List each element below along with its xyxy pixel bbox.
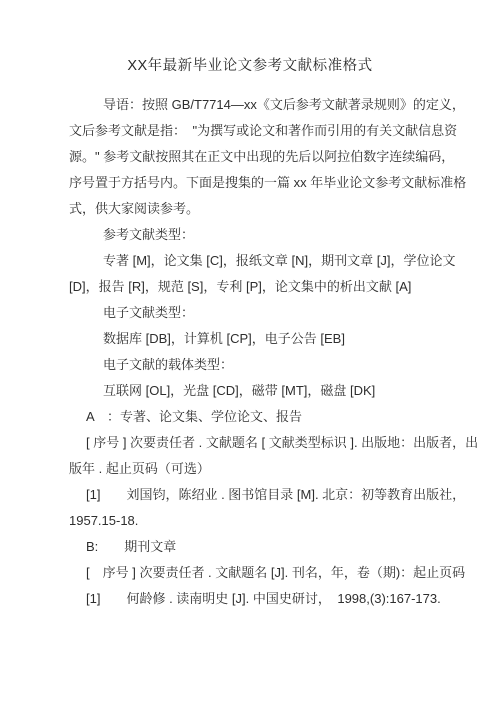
text-line-ref-types-head: 参考文献类型： xyxy=(0,222,500,248)
text-line-ref-types-1: 专著 [M]，论文集 [C]，报纸文章 [N]，期刊文章 [J]，学位论文 xyxy=(0,248,500,274)
text-line-etypes-list: 数据库 [DB]，计算机 [CP]，电子公告 [EB] xyxy=(0,326,500,352)
text-line-intro-3: 源。" 参考文献按照其在正文中出现的先后以阿拉伯数字连续编码， xyxy=(0,144,500,170)
text-line-section-a: A ：专著、论文集、学位论文、报告 xyxy=(0,404,500,430)
text-line-intro-5: 式，供大家阅读参考。 xyxy=(0,196,500,222)
document-body: 导语：按照 GB/T7714—xx《文后参考文献著录规则》的定义， 文后参考文献… xyxy=(0,92,500,612)
text-line-section-b: B: 期刊文章 xyxy=(0,534,500,560)
text-line-carrier-head: 电子文献的载体类型： xyxy=(0,352,500,378)
text-line-format-a-2: 版年 . 起止页码（可选） xyxy=(0,456,500,482)
text-line-format-a-1: [ 序号 ] 次要责任者 . 文献题名 [ 文献类型标识 ]. 出版地：出版者，… xyxy=(0,430,500,456)
text-line-intro-2: 文后参考文献是指： "为撰写或论文和著作而引用的有关文献信息资 xyxy=(0,118,500,144)
text-line-example-b: [1] 何龄修 . 读南明史 [J]. 中国史研讨， 1998,(3):167-… xyxy=(0,586,500,612)
text-line-carrier-list: 互联网 [OL]，光盘 [CD]，磁带 [MT]，磁盘 [DK] xyxy=(0,378,500,404)
document-title: XX年最新毕业论文参考文献标准格式 xyxy=(0,0,500,78)
text-line-intro-1: 导语：按照 GB/T7714—xx《文后参考文献著录规则》的定义， xyxy=(0,92,500,118)
text-line-example-a-2: 1957.15-18. xyxy=(0,508,500,534)
text-line-example-a-1: [1] 刘国钧，陈绍业 . 图书馆目录 [M]. 北京：初等教育出版社， xyxy=(0,482,500,508)
document-page: XX年最新毕业论文参考文献标准格式 导语：按照 GB/T7714—xx《文后参考… xyxy=(0,0,500,708)
text-line-intro-4: 序号置于方括号内。下面是搜集的一篇 xx 年毕业论文参考文献标准格 xyxy=(0,170,500,196)
text-line-ref-types-2: [D]，报告 [R]，规范 [S]，专利 [P]，论文集中的析出文献 [A] xyxy=(0,274,500,300)
text-line-etypes-head: 电子文献类型： xyxy=(0,300,500,326)
text-line-format-b: [ 序号 ] 次要责任者 . 文献题名 [J]. 刊名，年，卷（期)：起止页码 xyxy=(0,560,500,586)
